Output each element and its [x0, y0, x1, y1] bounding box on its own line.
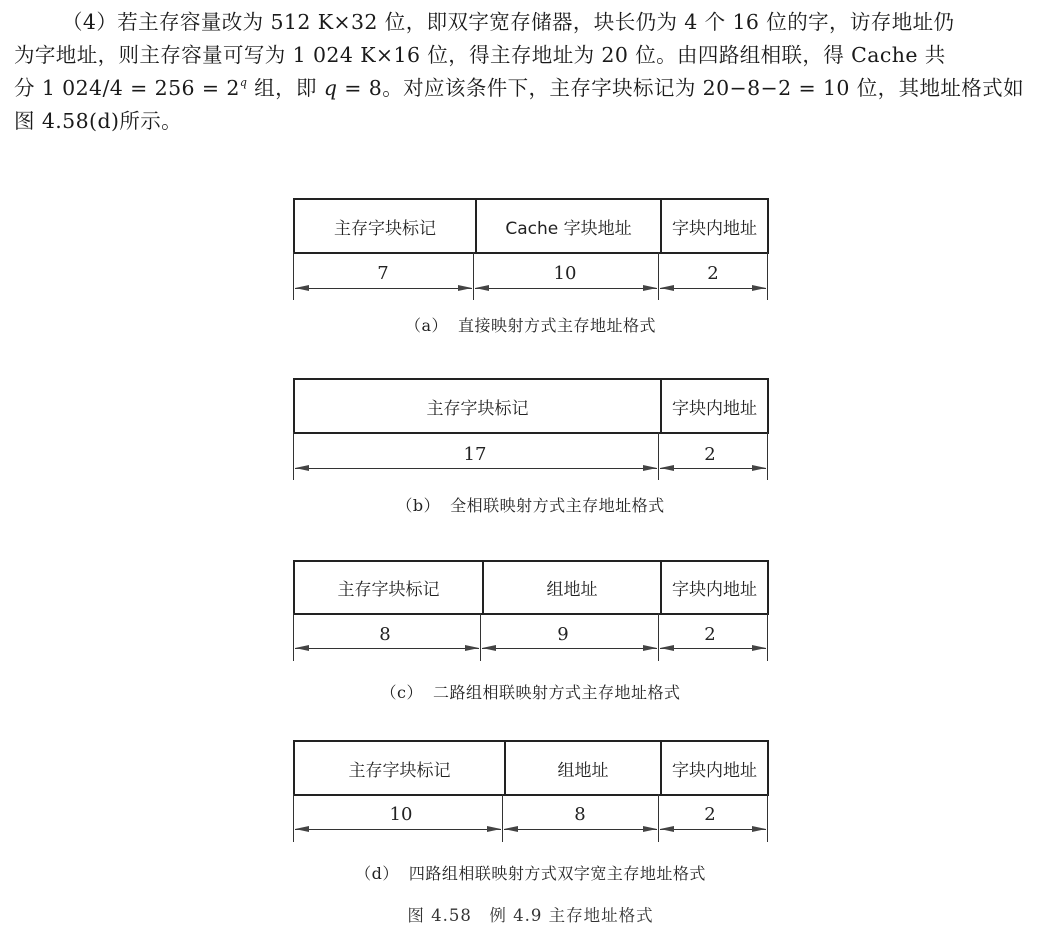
- caption-label: （d）: [355, 864, 399, 883]
- text-segment: = 8。对应该条件下，主存字块标记为 20−8−2 = 10 位，其地址格式如: [337, 76, 1024, 100]
- text-segment: 组，即: [247, 76, 324, 100]
- caption-text: 二路组相联映射方式主存地址格式: [433, 683, 681, 702]
- figure-caption-a: （a）直接映射方式主存地址格式: [0, 313, 1061, 336]
- figure-caption-b: （b）全相联映射方式主存地址格式: [0, 493, 1061, 516]
- bit-count: 17: [464, 444, 487, 465]
- figure-title: 图 4.58 例 4.9 主存地址格式: [0, 902, 1061, 926]
- field-tag: 主存字块标记: [295, 380, 660, 432]
- dimension-tick: [502, 794, 503, 842]
- bit-count: 2: [704, 804, 715, 825]
- bit-count: 8: [574, 804, 585, 825]
- field-word-offset: 字块内地址: [660, 380, 767, 432]
- dimension-tick: [767, 794, 768, 842]
- figure-caption-d: （d）四路组相联映射方式双字宽主存地址格式: [0, 861, 1061, 884]
- dimension-arrow: [482, 648, 657, 649]
- bit-count: 10: [390, 804, 413, 825]
- paragraph-line-4: 图 4.58(d)所示。: [14, 105, 1054, 138]
- address-format-box: 主存字块标记 字块内地址: [293, 378, 769, 434]
- caption-label: （b）: [396, 496, 440, 515]
- dimension-arrow: [295, 648, 479, 649]
- caption-text: 全相联映射方式主存地址格式: [450, 496, 665, 515]
- dimension-arrow: [660, 288, 766, 289]
- address-format-box: 主存字块标记 Cache 字块地址 字块内地址: [293, 198, 769, 254]
- address-format-box: 主存字块标记 组地址 字块内地址: [293, 740, 769, 796]
- text-segment: 分 1 024/4 = 256 = 2: [14, 76, 240, 100]
- dimension-tick: [767, 252, 768, 300]
- dimension-arrow: [475, 288, 657, 289]
- address-format-box: 主存字块标记 组地址 字块内地址: [293, 560, 769, 615]
- dimension-arrow: [504, 829, 657, 830]
- dimension-tick: [293, 432, 294, 480]
- dimension-tick: [658, 432, 659, 480]
- bit-count: 2: [704, 444, 715, 465]
- bit-count: 10: [554, 263, 577, 284]
- field-tag: 主存字块标记: [295, 742, 504, 794]
- dimension-tick: [767, 432, 768, 480]
- dimension-tick: [658, 794, 659, 842]
- bit-count: 9: [557, 624, 568, 645]
- dimension-tick: [480, 613, 481, 661]
- caption-label: （a）: [405, 316, 448, 335]
- field-set-address: 组地址: [482, 562, 660, 613]
- dimension-tick: [767, 613, 768, 661]
- variable-q: q: [324, 76, 338, 100]
- paragraph-line-3: 分 1 024/4 = 256 = 2q 组，即 q = 8。对应该条件下，主存…: [14, 72, 1054, 105]
- dimension-arrow: [660, 468, 766, 469]
- dimension-arrow: [660, 829, 766, 830]
- caption-text: 直接映射方式主存地址格式: [458, 316, 656, 335]
- dimension-tick: [473, 252, 474, 300]
- dimension-tick: [293, 613, 294, 661]
- paragraph-line-1: （4）若主存容量改为 512 K×32 位，即双字宽存储器，块长仍为 4 个 1…: [14, 6, 1054, 39]
- dimension-arrow: [295, 829, 501, 830]
- bit-count: 7: [377, 263, 388, 284]
- dimension-arrow: [660, 648, 766, 649]
- bit-count: 8: [379, 624, 390, 645]
- dimension-tick: [293, 794, 294, 842]
- bit-count: 2: [704, 624, 715, 645]
- field-word-offset: 字块内地址: [660, 200, 767, 252]
- dimension-arrow: [295, 468, 657, 469]
- field-tag: 主存字块标记: [295, 200, 475, 252]
- field-word-offset: 字块内地址: [660, 742, 767, 794]
- field-cache-block-address: Cache 字块地址: [475, 200, 660, 252]
- dimension-tick: [658, 252, 659, 300]
- paragraph-line-2: 为字地址，则主存容量可写为 1 024 K×16 位，得主存地址为 20 位。由…: [14, 39, 1054, 72]
- field-word-offset: 字块内地址: [660, 562, 767, 613]
- bit-count: 2: [707, 263, 718, 284]
- dimension-tick: [293, 252, 294, 300]
- field-set-address: 组地址: [504, 742, 660, 794]
- field-tag: 主存字块标记: [295, 562, 482, 613]
- figure-caption-c: （c）二路组相联映射方式主存地址格式: [0, 680, 1061, 703]
- caption-text: 四路组相联映射方式双字宽主存地址格式: [409, 864, 706, 883]
- body-paragraph: （4）若主存容量改为 512 K×32 位，即双字宽存储器，块长仍为 4 个 1…: [14, 6, 1054, 138]
- caption-label: （c）: [381, 683, 423, 702]
- dimension-arrow: [295, 288, 472, 289]
- dimension-tick: [658, 613, 659, 661]
